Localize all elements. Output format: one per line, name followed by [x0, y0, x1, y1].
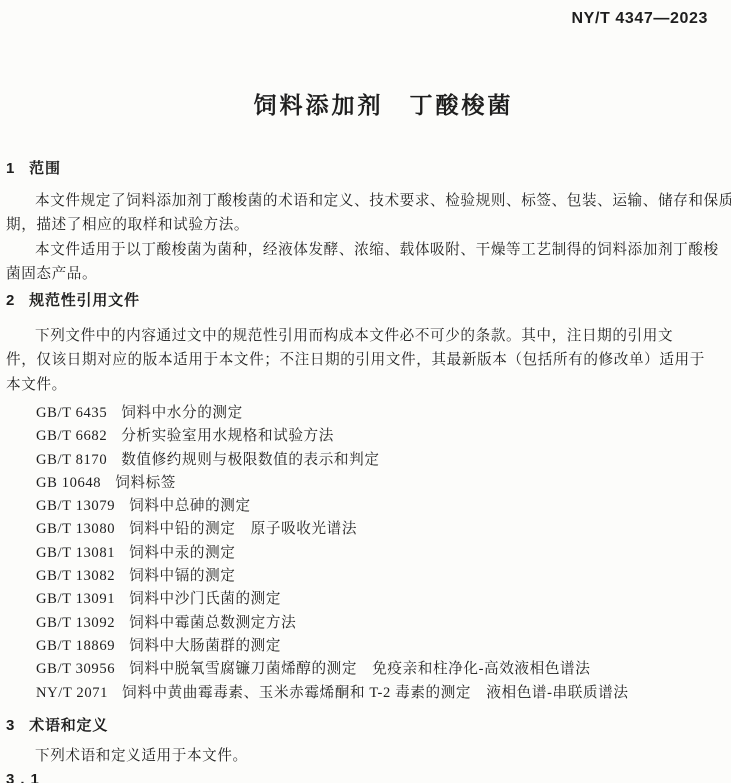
reference-item: GB/T 6435饲料中水分的测定: [6, 402, 725, 425]
references-intro-line: 件，仅该日期对应的版本适用于本文件；不注日期的引用文件，其最新版本（包括所有的修…: [6, 348, 721, 372]
terms-intro-line: 下列术语和定义适用于本文件。: [6, 744, 721, 768]
reference-code: GB/T 18869: [36, 638, 115, 654]
reference-item: GB/T 13080饲料中铅的测定 原子吸收光谱法: [6, 518, 725, 541]
reference-title: 分析实验室用水规格和试验方法: [121, 428, 334, 444]
reference-code: GB/T 13091: [36, 591, 115, 607]
document-page: NY/T 4347—2023 饲料添加剂 丁酸梭菌 1范围 本文件规定了饲料添加…: [0, 0, 731, 783]
reference-title: 饲料标签: [115, 475, 176, 491]
reference-title: 饲料中大肠菌群的测定: [129, 638, 281, 654]
references-intro-line: 下列文件中的内容通过文中的规范性引用而构成本文件必不可少的条款。其中，注日期的引…: [6, 324, 721, 348]
subsection-3-1-number: 3.1: [6, 771, 45, 783]
section-1-number: 1: [6, 160, 15, 177]
reference-item: GB/T 13079饲料中总砷的测定: [6, 495, 725, 518]
reference-item: GB/T 13081饲料中汞的测定: [6, 542, 725, 565]
reference-title: 饲料中脱氧雪腐镰刀菌烯醇的测定 免疫亲和柱净化-高效液相色谱法: [129, 661, 590, 677]
reference-title: 饲料中水分的测定: [121, 405, 243, 421]
reference-item: GB/T 8170数值修约规则与极限数值的表示和判定: [6, 449, 725, 472]
reference-code: GB/T 13081: [36, 545, 115, 561]
reference-title: 数值修约规则与极限数值的表示和判定: [121, 452, 379, 468]
reference-item: GB/T 13091饲料中沙门氏菌的测定: [6, 588, 725, 611]
section-2-heading: 2规范性引用文件: [6, 289, 140, 310]
reference-code: GB/T 13082: [36, 568, 115, 584]
section-2-number: 2: [6, 292, 15, 309]
reference-code: GB/T 6435: [36, 405, 107, 421]
standard-code: NY/T 4347—2023: [572, 10, 708, 28]
references-intro-line: 本文件。: [6, 373, 721, 397]
reference-item: GB/T 13082饲料中镉的测定: [6, 565, 725, 588]
scope-paragraph-line: 菌固态产品。: [6, 262, 721, 286]
reference-item: GB 10648饲料标签: [6, 472, 725, 495]
reference-title: 饲料中黄曲霉毒素、玉米赤霉烯酮和 T-2 毒素的测定 液相色谱-串联质谱法: [122, 685, 629, 701]
reference-item: GB/T 13092饲料中霉菌总数测定方法: [6, 612, 725, 635]
section-1-title: 范围: [29, 160, 61, 177]
scope-body: 本文件规定了饲料添加剂丁酸梭菌的术语和定义、技术要求、检验规则、标签、包装、运输…: [6, 189, 721, 286]
reference-item: GB/T 6682分析实验室用水规格和试验方法: [6, 425, 725, 448]
normative-references-intro: 下列文件中的内容通过文中的规范性引用而构成本文件必不可少的条款。其中，注日期的引…: [6, 324, 721, 397]
section-3-title: 术语和定义: [29, 717, 108, 734]
section-2-title: 规范性引用文件: [29, 292, 140, 309]
reference-code: GB/T 6682: [36, 428, 107, 444]
terms-body: 下列术语和定义适用于本文件。: [6, 744, 721, 768]
scope-paragraph-line: 本文件规定了饲料添加剂丁酸梭菌的术语和定义、技术要求、检验规则、标签、包装、运输…: [6, 189, 721, 213]
reference-code: NY/T 2071: [36, 685, 108, 701]
reference-code: GB/T 13080: [36, 521, 115, 537]
reference-item: GB/T 30956饲料中脱氧雪腐镰刀菌烯醇的测定 免疫亲和柱净化-高效液相色谱…: [6, 658, 725, 681]
reference-title: 饲料中总砷的测定: [129, 498, 251, 514]
reference-title: 饲料中铅的测定 原子吸收光谱法: [129, 521, 357, 537]
reference-code: GB/T 8170: [36, 452, 107, 468]
section-1-heading: 1范围: [6, 157, 61, 178]
reference-title: 饲料中镉的测定: [129, 568, 235, 584]
scope-paragraph-line: 期，描述了相应的取样和试验方法。: [6, 213, 721, 237]
section-3-heading: 3术语和定义: [6, 714, 108, 735]
reference-list: GB/T 6435饲料中水分的测定 GB/T 6682分析实验室用水规格和试验方…: [6, 402, 725, 705]
reference-title: 饲料中霉菌总数测定方法: [129, 615, 296, 631]
document-title: 饲料添加剂 丁酸梭菌: [18, 87, 731, 120]
reference-code: GB/T 13092: [36, 615, 115, 631]
reference-code: GB/T 13079: [36, 498, 115, 514]
reference-item: NY/T 2071饲料中黄曲霉毒素、玉米赤霉烯酮和 T-2 毒素的测定 液相色谱…: [6, 682, 725, 705]
reference-item: GB/T 18869饲料中大肠菌群的测定: [6, 635, 725, 658]
reference-title: 饲料中沙门氏菌的测定: [129, 591, 281, 607]
scope-paragraph-line: 本文件适用于以丁酸梭菌为菌种，经液体发酵、浓缩、载体吸附、干燥等工艺制得的饲料添…: [6, 238, 721, 262]
reference-title: 饲料中汞的测定: [129, 545, 235, 561]
reference-code: GB/T 30956: [36, 661, 115, 677]
reference-code: GB 10648: [36, 475, 101, 491]
section-3-number: 3: [6, 717, 15, 734]
